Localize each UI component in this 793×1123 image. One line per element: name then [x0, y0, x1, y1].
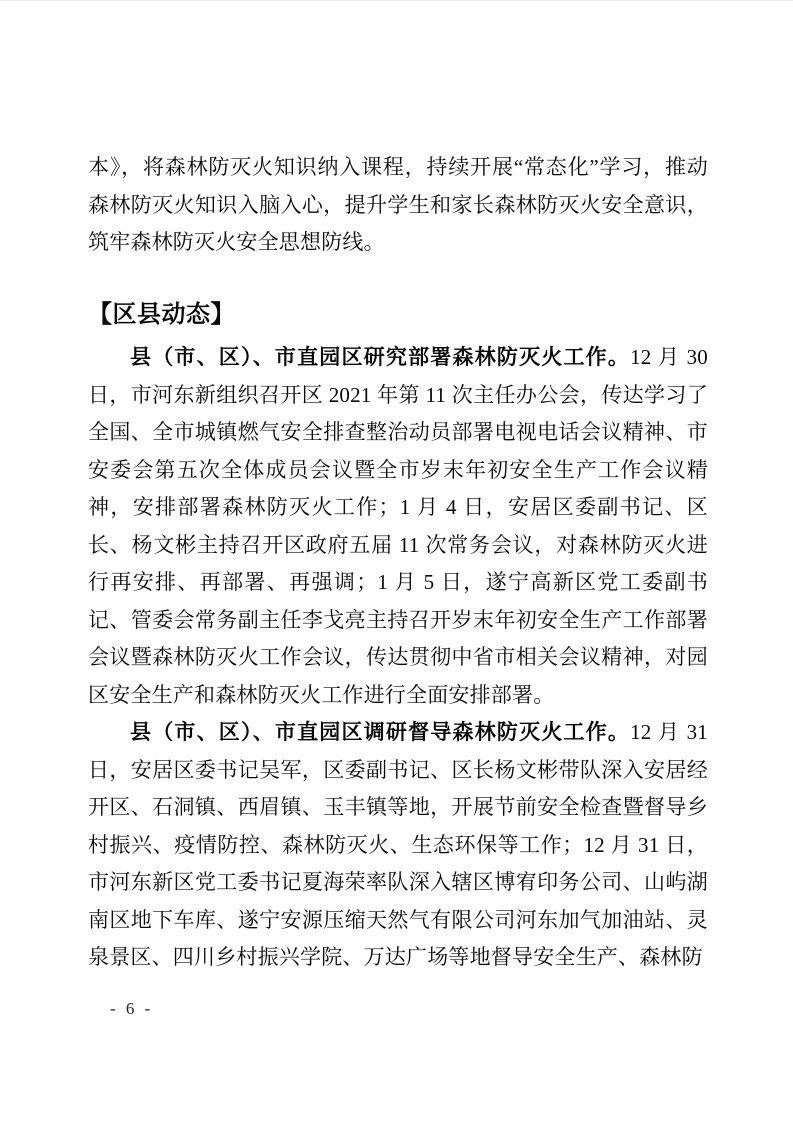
page-number: - 6 -	[110, 998, 153, 1020]
paragraph-lead: 县（市、区）、市直园区研究部署森林防灭火工作。	[130, 346, 630, 369]
paragraph-list: 县（市、区）、市直园区研究部署森林防灭火工作。12 月 30 日，市河东新组织召…	[88, 339, 708, 977]
news-paragraph: 县（市、区）、市直园区调研督导森林防灭火工作。12 月 31 日，安居区委书记吴…	[88, 714, 708, 977]
intro-paragraph: 本》，将森林防灭火知识纳入课程，持续开展“常态化”学习，推动森林防灭火知识入脑入…	[88, 149, 708, 262]
paragraph-body: 12 月 31 日，安居区委书记吴军，区委副书记、区长杨文彬带队深入安居经开区、…	[88, 720, 708, 969]
news-paragraph: 县（市、区）、市直园区研究部署森林防灭火工作。12 月 30 日，市河东新组织召…	[88, 339, 708, 714]
page-content: 本》，将森林防灭火知识纳入课程，持续开展“常态化”学习，推动森林防灭火知识入脑入…	[88, 149, 708, 977]
document-page: 本》，将森林防灭火知识纳入课程，持续开展“常态化”学习，推动森林防灭火知识入脑入…	[0, 0, 793, 1123]
paragraph-lead: 县（市、区）、市直园区调研督导森林防灭火工作。	[130, 721, 630, 744]
section-header: 【区县动态】	[88, 296, 708, 334]
paragraph-body: 12 月 30 日，市河东新组织召开区 2021 年第 11 次主任办公会，传达…	[88, 345, 708, 707]
